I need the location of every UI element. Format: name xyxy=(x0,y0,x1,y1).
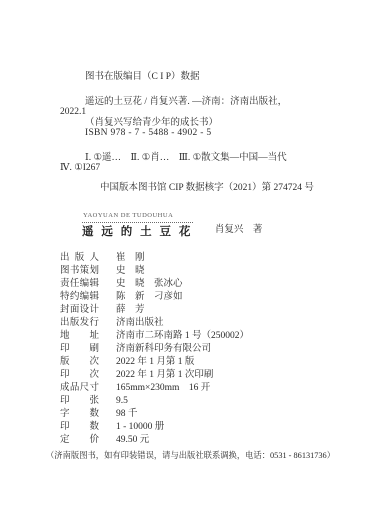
colophon-row-edition: 版次 2022 年 1 月第 1 版 xyxy=(60,356,318,369)
colophon-row-responsible-editor: 责任编辑 史 晓 张冰心 xyxy=(60,278,318,291)
colophon-label: 图书策划 xyxy=(60,265,99,278)
colophon-label: 定价 xyxy=(60,434,99,447)
colophon-row-print-run: 印数 1 - 10000 册 xyxy=(60,421,318,434)
colophon-value: 史 晓 张冰心 xyxy=(116,278,183,291)
colophon-label: 版次 xyxy=(60,356,99,369)
isbn: ISBN 978 - 7 - 5488 - 4902 - 5 xyxy=(85,128,318,139)
colophon-row-cover-design: 封面设计 薛 芳 xyxy=(60,304,318,317)
colophon-label: 封面设计 xyxy=(60,304,99,317)
cip-classification-line2: Ⅳ. ①I267 xyxy=(60,163,318,174)
cip-bib-entry-line2: 2022.1 xyxy=(60,107,318,118)
colophon-value: 史 晓 xyxy=(116,265,145,278)
cip-classification-line1: Ⅰ. ①遥… Ⅱ. ①肖… Ⅲ. ①散文集—中国—当代 xyxy=(85,153,318,164)
colophon-value: 薛 芳 xyxy=(116,304,145,317)
cip-bib-entry-line1: 遥远的土豆花 / 肖复兴著. —济南：济南出版社， xyxy=(85,97,318,108)
colophon-row-printing: 印刷 济南新科印务有限公司 xyxy=(60,343,318,356)
cip-block: 图书在版编目（C I P）数据 遥远的土豆花 / 肖复兴著. —济南：济南出版社… xyxy=(60,72,318,193)
copyright-page: 图书在版编目（C I P）数据 遥远的土豆花 / 肖复兴著. —济南：济南出版社… xyxy=(0,0,375,511)
colophon-row-price: 定价 49.50 元 xyxy=(60,434,318,447)
colophon-label: 地址 xyxy=(60,330,99,343)
colophon-value: 98 千 xyxy=(116,408,137,421)
colophon-row-impression: 印次 2022 年 1 月第 1 次印刷 xyxy=(60,369,318,382)
cip-record-number: 中国版本图书馆 CIP 数据核字（2021）第 274724 号 xyxy=(100,183,318,194)
colophon-value: 陈 新 刁彦如 xyxy=(116,291,183,304)
book-author: 肖复兴 著 xyxy=(215,225,263,240)
colophon-value: 济南新科印务有限公司 xyxy=(116,343,211,356)
title-left: YAOYUAN DE TUDOUHUA 遥 远 的 土 豆 花 xyxy=(82,212,193,239)
colophon-value: 165mm×230mm 16 开 xyxy=(116,382,210,395)
colophon-row-printed-sheets: 印张 9.5 xyxy=(60,395,318,408)
colophon-row-word-count: 字数 98 千 xyxy=(60,408,318,421)
book-title: 遥 远 的 土 豆 花 xyxy=(82,223,193,239)
cip-data-header: 图书在版编目（C I P）数据 xyxy=(85,72,318,83)
colophon: 出版人 崔 刚 图书策划 史 晓 责任编辑 史 晓 张冰心 特约编辑 陈 新 刁… xyxy=(60,252,318,447)
colophon-label: 出版发行 xyxy=(60,317,99,330)
colophon-row-contributing-editor: 特约编辑 陈 新 刁彦如 xyxy=(60,291,318,304)
colophon-row-publisher-person: 出版人 崔 刚 xyxy=(60,252,318,265)
colophon-value: 2022 年 1 月第 1 版 xyxy=(116,356,194,369)
colophon-label: 成品尺寸 xyxy=(60,382,99,395)
colophon-label: 特约编辑 xyxy=(60,291,99,304)
colophon-row-address: 地址 济南市二环南路 1 号（250002） xyxy=(60,330,318,343)
colophon-value: 2022 年 1 月第 1 次印刷 xyxy=(116,369,213,382)
colophon-label: 印刷 xyxy=(60,343,99,356)
colophon-row-finished-size: 成品尺寸 165mm×230mm 16 开 xyxy=(60,382,318,395)
error-contact-note: （济南版图书，如有印装错误，请与出版社联系调换，电话：0531 - 861317… xyxy=(46,451,331,461)
series-note: （肖复兴写给青少年的成长书） xyxy=(85,118,318,129)
book-title-pinyin: YAOYUAN DE TUDOUHUA xyxy=(82,212,193,223)
colophon-label: 出版人 xyxy=(60,252,99,265)
colophon-label: 责任编辑 xyxy=(60,278,99,291)
colophon-row-publisher: 出版发行 济南出版社 xyxy=(60,317,318,330)
title-block: YAOYUAN DE TUDOUHUA 遥 远 的 土 豆 花 肖复兴 著 xyxy=(82,212,318,239)
colophon-row-book-planning: 图书策划 史 晓 xyxy=(60,265,318,278)
colophon-value: 9.5 xyxy=(116,395,128,408)
colophon-value: 1 - 10000 册 xyxy=(116,421,164,434)
colophon-label: 印次 xyxy=(60,369,99,382)
colophon-value: 崔 刚 xyxy=(116,252,145,265)
colophon-label: 印张 xyxy=(60,395,99,408)
colophon-label: 字数 xyxy=(60,408,99,421)
colophon-value: 济南市二环南路 1 号（250002） xyxy=(116,330,249,343)
colophon-label: 印数 xyxy=(60,421,99,434)
colophon-value: 济南出版社 xyxy=(116,317,164,330)
colophon-value: 49.50 元 xyxy=(116,434,149,447)
